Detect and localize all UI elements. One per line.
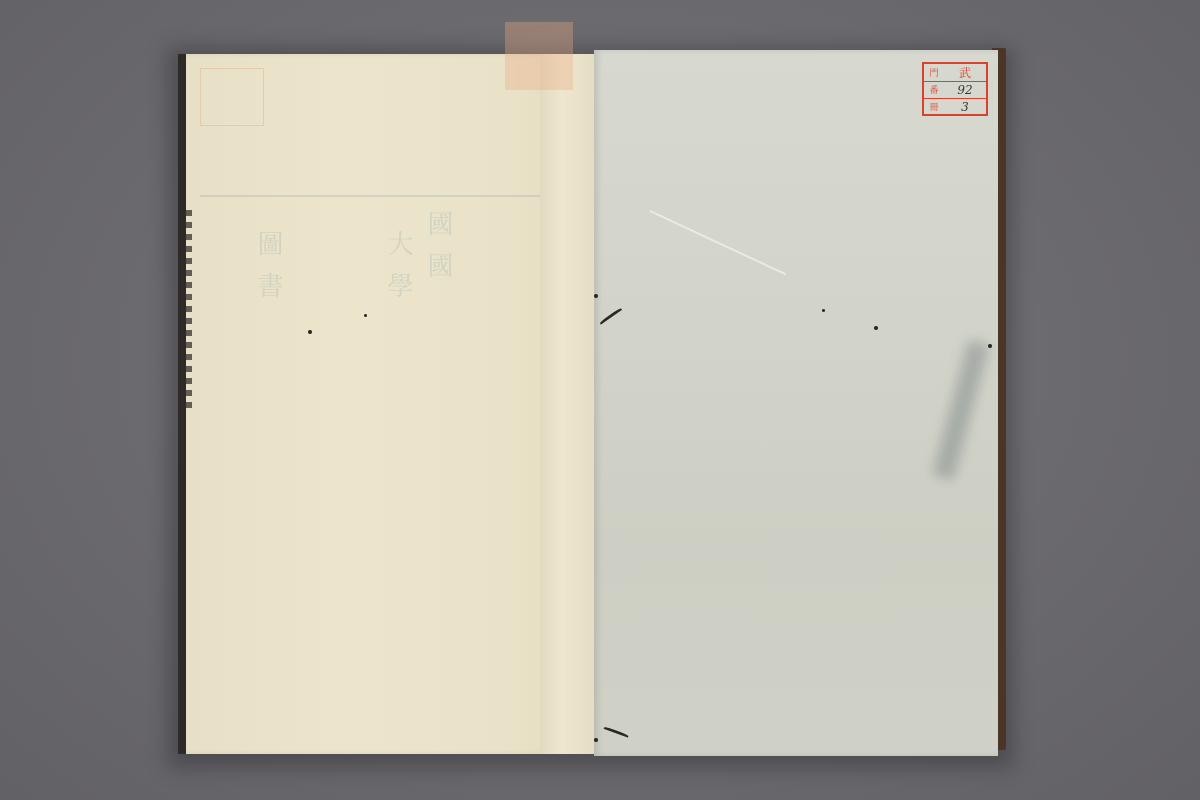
binding-hole xyxy=(594,294,598,298)
ink-spot xyxy=(308,330,312,334)
ink-spot xyxy=(364,314,367,317)
show-through-text: 大 學 xyxy=(380,230,417,302)
binding-hole xyxy=(594,738,598,742)
show-through-rule xyxy=(200,195,540,197)
stamp-label: 冊 xyxy=(924,100,944,113)
ink-spot xyxy=(874,326,878,330)
ink-spot xyxy=(822,309,825,312)
ink-spot xyxy=(988,344,992,348)
stamp-label: 番 xyxy=(924,83,944,96)
stamp-label: 門 xyxy=(924,66,944,79)
show-through-text: 國 國 xyxy=(420,210,457,282)
center-fold xyxy=(540,54,594,754)
stamp-value: 武 xyxy=(944,64,986,81)
show-through-text: 圖 書 xyxy=(250,230,287,302)
library-stamp: 門 武 番 92 冊 3 xyxy=(922,62,988,116)
stamp-value: 3 xyxy=(944,100,986,114)
right-page xyxy=(594,50,998,756)
left-page xyxy=(186,54,594,754)
faint-seal-bleed xyxy=(505,22,573,90)
faint-corner-seal xyxy=(200,68,264,126)
stamp-value: 92 xyxy=(944,83,986,97)
spine-title-marks xyxy=(186,210,192,410)
